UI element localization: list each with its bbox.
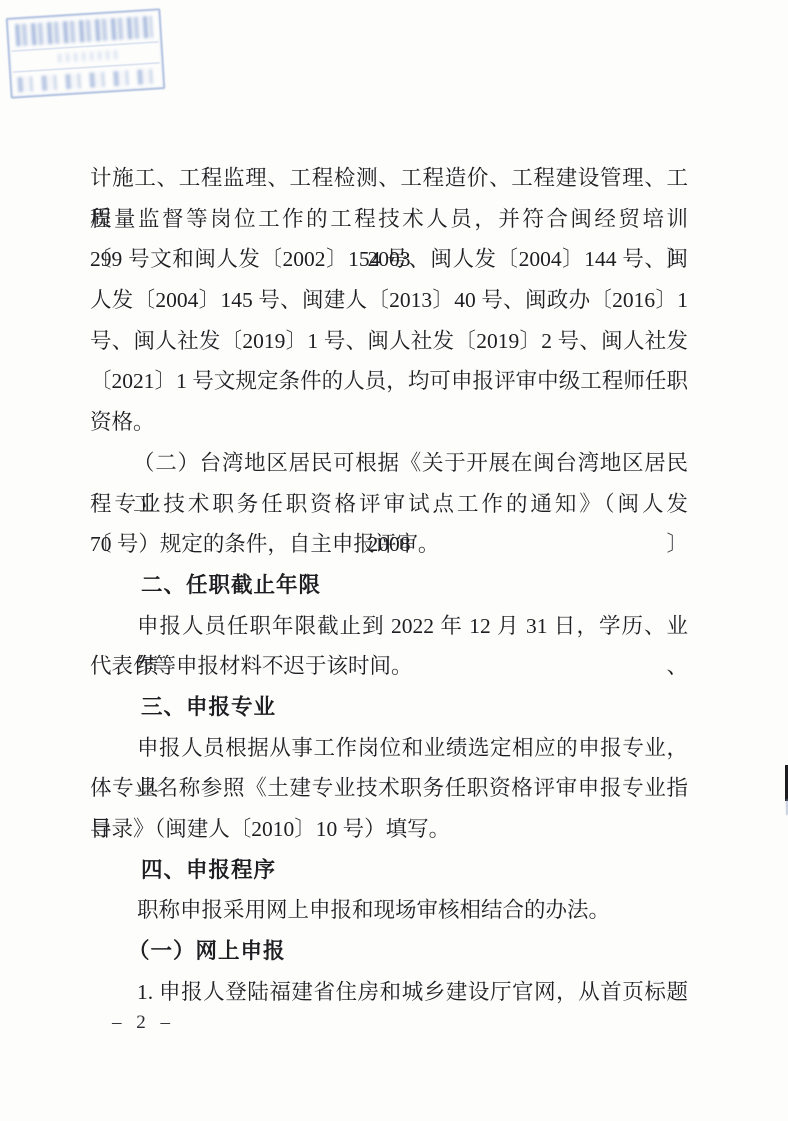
section-heading: 二、任职截止年限 <box>90 565 688 606</box>
body-line: 1. 申报人登陆福建省住房和城乡建设厅官网，从首页标题 <box>90 972 688 1013</box>
body-line: 299 号文和闽人发〔2002〕154 号、闽人发〔2004〕144 号、闽 <box>90 239 688 280</box>
scanned-document-page: 计施工、工程监理、工程检测、工程造价、工程建设管理、工程 质量监督等岗位工作的工… <box>0 0 788 1121</box>
body-line: 职称申报采用网上申报和现场审核相结合的办法。 <box>90 890 688 931</box>
body-line: 人发〔2004〕145 号、闽建人〔2013〕40 号、闽政办〔2016〕1 <box>90 280 688 321</box>
body-line: 〔2021〕1 号文规定条件的人员，均可申报评审中级工程师任职 <box>90 361 688 402</box>
body-line: 申报人员根据从事工作岗位和业绩选定相应的申报专业，具 <box>90 728 688 769</box>
stamp-text-row-bottom <box>17 69 155 93</box>
body-line: （二）台湾地区居民可根据《关于开展在闽台湾地区居民工 <box>90 443 688 484</box>
body-line: 号、闽人社发〔2019〕1 号、闽人社发〔2019〕2 号、闽人社发 <box>90 321 688 362</box>
section-heading: 四、申报程序 <box>90 850 688 891</box>
stamp-text-row-top <box>15 16 153 47</box>
section-heading: （一）网上申报 <box>90 931 688 972</box>
body-line: 申报人员任职年限截止到 2022 年 12 月 31 日，学历、业绩、 <box>90 606 688 647</box>
body-line: 目录》（闽建人〔2010〕10 号）填写。 <box>90 809 688 850</box>
body-line: 质量监督等岗位工作的工程技术人员，并符合闽经贸培训〔2003〕 <box>90 199 688 240</box>
document-body: 计施工、工程监理、工程检测、工程造价、工程建设管理、工程 质量监督等岗位工作的工… <box>90 158 688 1012</box>
stamp-text-row-middle <box>58 50 118 63</box>
body-line: 计施工、工程监理、工程检测、工程造价、工程建设管理、工程 <box>90 158 688 199</box>
body-line: 体专业名称参照《土建专业技术职务任职资格评审申报专业指导 <box>90 768 688 809</box>
body-line: 程专业技术职务任职资格评审试点工作的通知》（闽人发〔2008〕 <box>90 484 688 525</box>
page-number: – 2 – <box>112 1012 175 1034</box>
approval-stamp <box>6 8 166 99</box>
body-line: 资格。 <box>90 402 688 443</box>
section-heading: 三、申报专业 <box>90 687 688 728</box>
